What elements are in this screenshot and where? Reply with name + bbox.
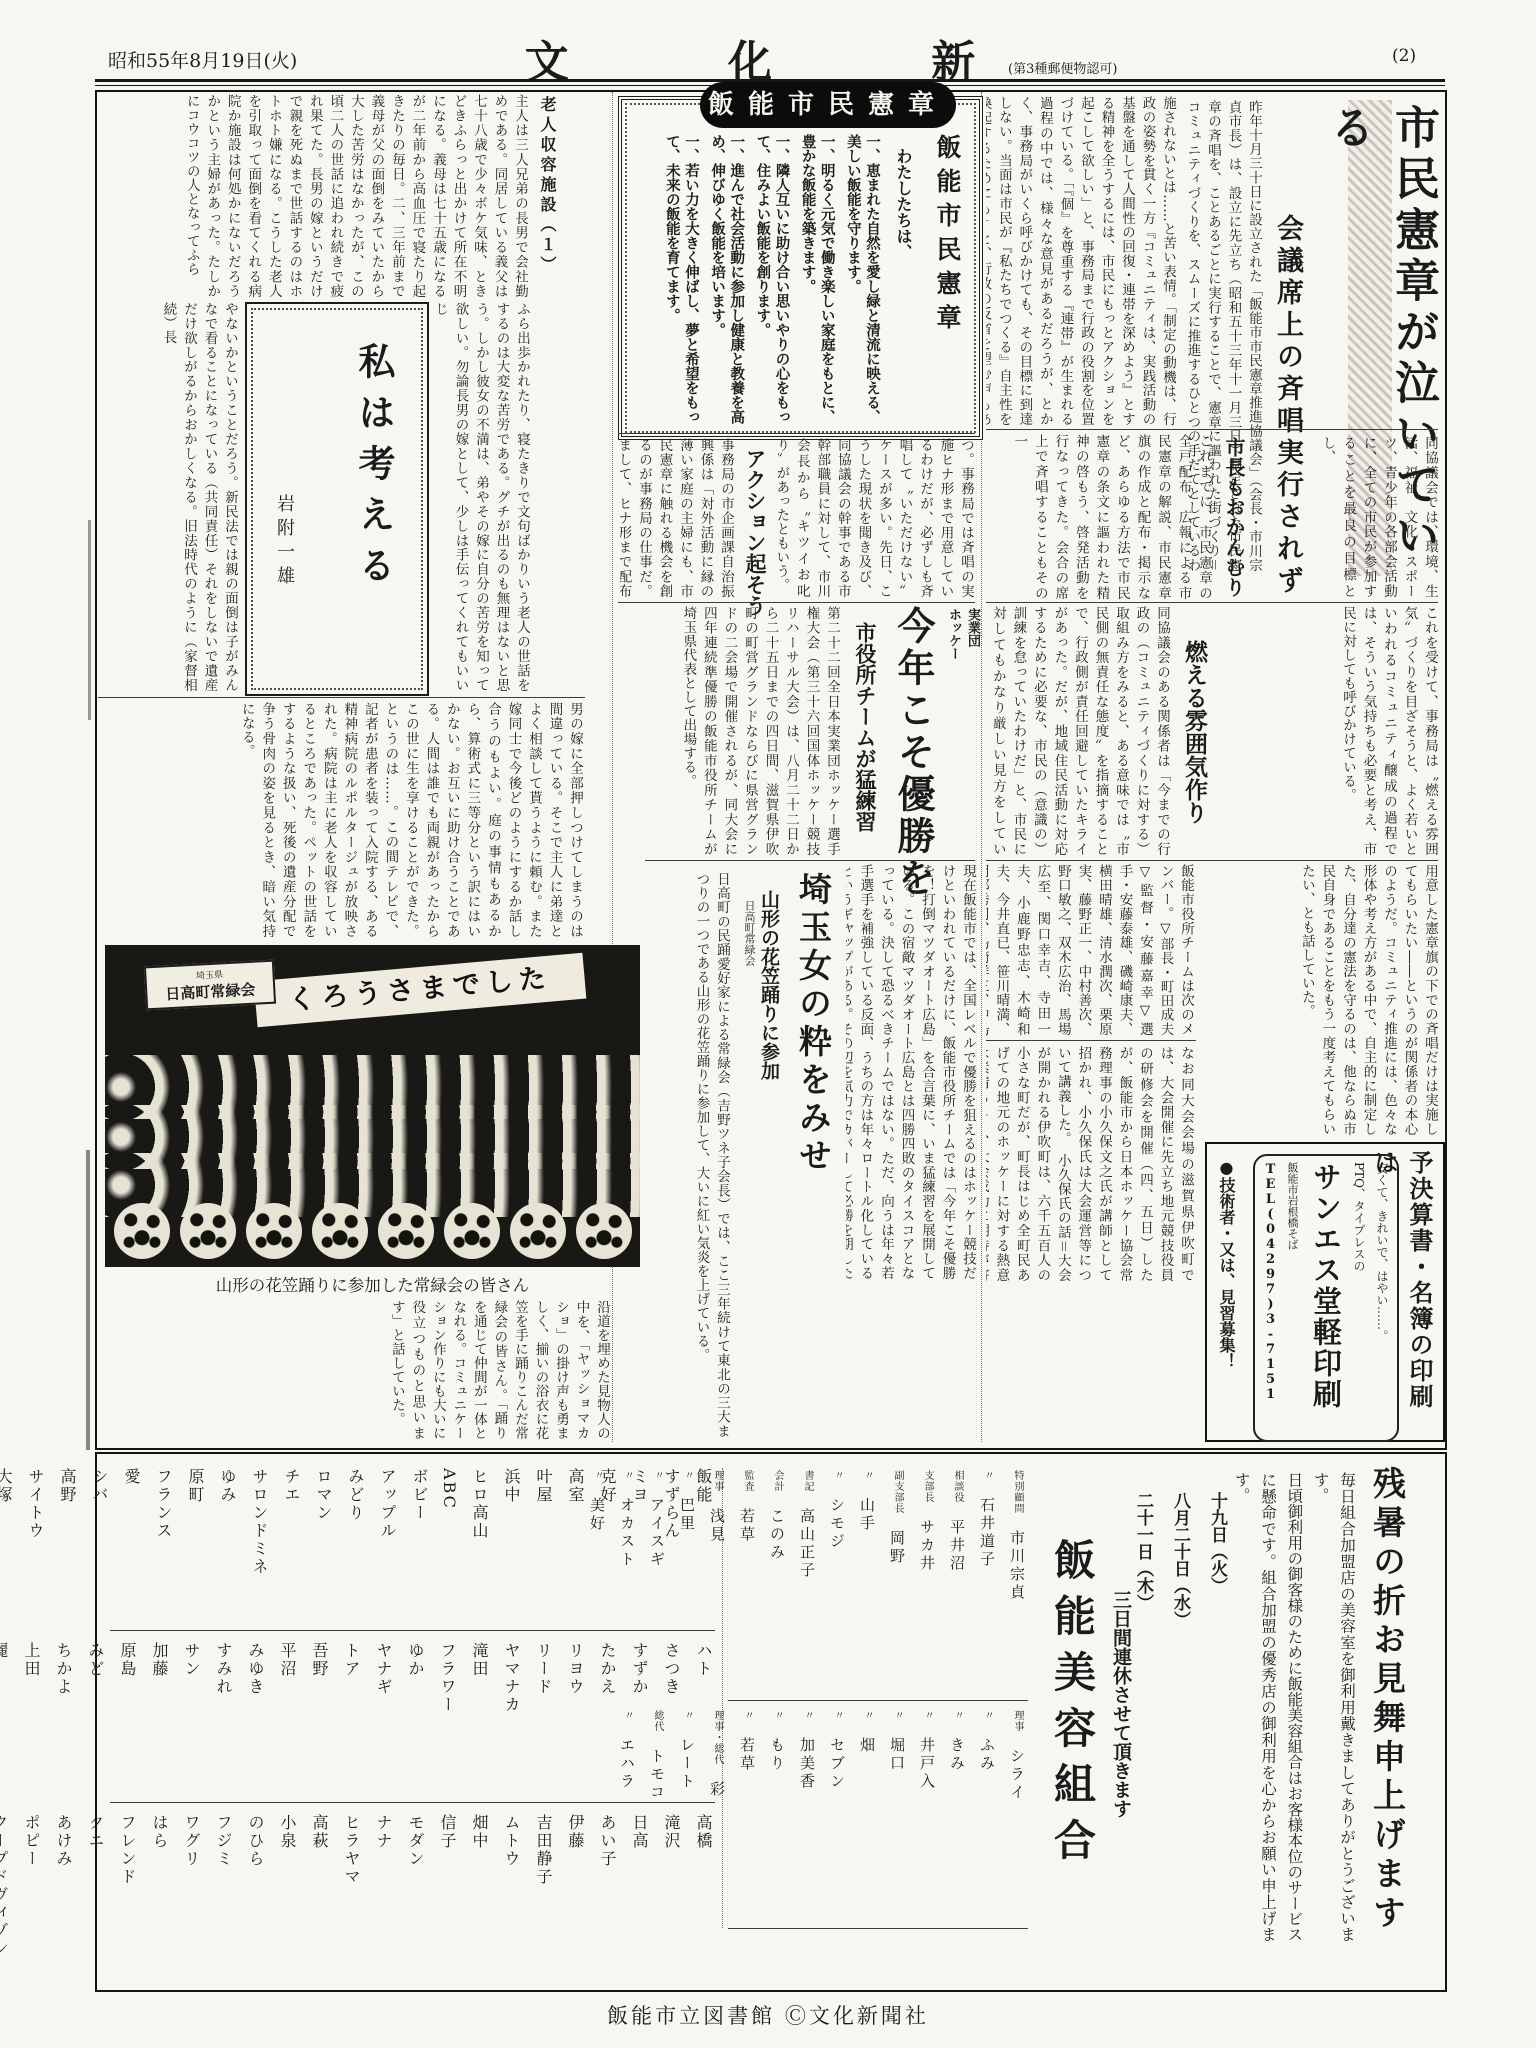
officer-entry: 支部長サカ井 <box>917 1470 938 1688</box>
officer-name: 平井沼 <box>948 1519 966 1573</box>
officer-name: 若草 <box>738 1737 756 1773</box>
hockey-tag-jitsugyodan: 実業団 <box>963 608 982 758</box>
salon-name: アップル <box>376 1468 399 1620</box>
page-number: (2) <box>1392 46 1416 66</box>
salon-name: 麗 <box>0 1642 11 1792</box>
officer-title: 〃 <box>832 1470 843 1481</box>
hockey-body1: 第二十二回全日本実業団ホッケー選手権大会（第三十六回国体ホッケー競技リハーサル大… <box>620 606 842 856</box>
salon-name: ムトウ <box>500 1814 523 1959</box>
hockey-tag-hockey: ホッケー <box>944 608 963 758</box>
salon-name: 信子 <box>436 1814 459 1959</box>
salon-name: リヨウ <box>564 1642 587 1792</box>
salon-name: ABC <box>440 1468 459 1620</box>
salon-name: 叶屋 <box>532 1468 555 1620</box>
officer-title: 〃 <box>862 1710 873 1721</box>
salon-name: ポピー <box>20 1814 43 1959</box>
charter-article: 一、恵まれた自然を愛し緑と清流に映える、美しい飯能を守ります。 <box>844 134 882 424</box>
essay-text2: ふら出歩かれたり、寝たきりで文句ばかりいう老人の世話をするのは大変な苦労である。… <box>432 302 532 692</box>
salon-name: ナナ <box>372 1814 395 1959</box>
salon-name: 滝沢 <box>660 1814 683 1959</box>
salon-name: フラワー <box>436 1642 459 1792</box>
photo-caption: 山形の花笠踊りに参加した常緑会の皆さん <box>105 1272 640 1296</box>
officer-entry: 〃セブン <box>827 1710 848 1922</box>
print-ad-recruit: ●技術者・又は、見習募集！ <box>1215 1158 1238 1428</box>
newspaper-page: 昭和55年8月19日(火) 文 化 新 聞 (第3種郵便物認可) (2) 市民憲… <box>0 0 1536 2048</box>
hockey-tags: 実業団 ホッケー <box>944 608 982 758</box>
salon-name: ゆか <box>404 1642 427 1792</box>
officer-entry: 〃若草 <box>737 1710 758 1922</box>
officer-name: きみ <box>948 1737 966 1773</box>
band-separator-2 <box>986 602 1438 603</box>
officer-title: 〃 <box>982 1710 993 1721</box>
charter-article: 一、若い力を大きく伸ばし、夢と希望をもって、未来の飯能を育てます。 <box>663 134 701 424</box>
salon-name: フジミ <box>212 1814 235 1959</box>
officer-title: 〃 <box>892 1710 903 1721</box>
salon-name: 愛 <box>120 1468 143 1620</box>
beauty-org-name: 飯能美容組合 <box>1042 1538 1102 1928</box>
essay-series-title: 老人収容施設（１） <box>536 96 559 358</box>
officer-name: 若草 <box>738 1508 756 1544</box>
officer-name: 石井道子 <box>978 1497 996 1569</box>
charter-intro: わたしたちは、 <box>892 134 915 424</box>
officer-name: 高山正子 <box>798 1508 816 1580</box>
salon-name: サイトウ <box>24 1468 47 1620</box>
essay-text1: 主人は三人兄弟の長男で会社勤めである。同居している義父は七十八歳で少々ボケ気味、… <box>98 94 530 298</box>
officer-entry: 〃畑 <box>857 1710 878 1922</box>
hanagasa-wheel <box>246 1203 302 1259</box>
salon-name: 吾野 <box>308 1642 331 1792</box>
salon-name: ヒロ高山 <box>468 1468 491 1620</box>
issue-date: 昭和55年8月19日(火) <box>108 46 297 73</box>
salon-rule-2 <box>110 1802 715 1803</box>
charter-box: 飯能市民憲章 わたしたちは、 一、恵まれた自然を愛し緑と清流に映える、美しい飯能… <box>618 96 983 440</box>
officer-entry: 〃ふみ <box>977 1710 998 1922</box>
hanagasa-continuation: 沿道を埋めた見物人の中を、「ヤッショマカショ」の掛け声も勇ましく、揃いの浴衣に花… <box>100 1300 612 1440</box>
officer-entry: 理事シライ <box>1007 1710 1028 1922</box>
charter-articles: 一、恵まれた自然を愛し緑と清流に映える、美しい飯能を守ります。一、明るく元気で働… <box>663 134 882 424</box>
salon-name: みどり <box>344 1468 367 1620</box>
salon-name: すずか <box>628 1642 651 1792</box>
salon-name: 滝田 <box>468 1642 491 1792</box>
mood-heading: 燃える雰囲気作り <box>1178 640 1211 870</box>
officer-title: 監査 <box>742 1470 753 1492</box>
band-separator-3 <box>986 860 1438 861</box>
officer-entry: 〃シモジ <box>827 1470 848 1688</box>
salon-name: 吉田静子 <box>532 1814 555 1959</box>
hockey-body2: 現在飯能市では、全国レベルで優勝を狙えるのはホッケー競技だけといわれているだけに… <box>846 864 978 1280</box>
article-band2: これまでに、市民憲章の全戸配布、広報による市民憲章の解説、市民憲章旗の作成と配布… <box>986 434 1214 600</box>
officer-title: 〃 <box>982 1470 993 1481</box>
print-ad-name: サンエス堂軽印刷 <box>1306 1162 1347 1434</box>
salon-name: 高室 <box>564 1468 587 1620</box>
salon-name: はら <box>148 1814 171 1959</box>
essay-text4: 男の嫁に全部押しつけてしまうのは間違っている。そこで主人に弟達とよく相談して貰う… <box>98 702 585 938</box>
officer-name: 堀口 <box>888 1737 906 1773</box>
hanagasa-wheel <box>444 1203 500 1259</box>
officer-entry: 〃加美香 <box>797 1710 818 1922</box>
main-subheadline2: 市長もおかんむり <box>1220 437 1249 597</box>
salon-name: みど <box>84 1642 107 1792</box>
salon-name: 高橋 <box>692 1814 715 1959</box>
officer-name: もり <box>768 1737 786 1773</box>
officer-entry: 特別顧問市川宗貞 <box>1007 1470 1028 1688</box>
officer-entry: 〃堀口 <box>887 1710 908 1922</box>
salon-name: ワグリ <box>180 1814 203 1959</box>
charter-article: 一、隣人互いに助け合い思いやりの心をもって、住みよい飯能を創ります。 <box>753 134 791 424</box>
article-band0: 施されないとは……と苦い表情。「制定の動機は、行政の姿勢を貫く一方『コミュニティ… <box>986 96 1178 426</box>
salon-name: トア <box>340 1642 363 1792</box>
salon-name: みゆき <box>244 1642 267 1792</box>
officer-entry: 〃井戸入 <box>917 1710 938 1922</box>
officers-bottom-rule <box>728 1928 1028 1929</box>
officer-name: ふみ <box>978 1737 996 1773</box>
salon-list-row1: 飯能すずらんミヨ克好高室叶屋浜中ヒロ高山ABCボビーアップルみどりロマンチエサロ… <box>110 1468 715 1620</box>
salon-name: ゆみ <box>216 1468 239 1620</box>
salon-name: すずらん <box>660 1468 683 1620</box>
officer-entry: 〃もり <box>767 1710 788 1922</box>
beauty-ad-body: 毎日組合加盟店の美容室を御利用戴きましてありがとうございます。 日頃御利用の御客… <box>1236 1472 1360 1942</box>
salon-name: ロマン <box>312 1468 335 1620</box>
essay-title-box: 私は考える 岩附一雄 <box>245 302 429 696</box>
officers-group1: 特別顧問市川宗貞 〃石井道子 相談役平井沼 支部長サカ井 副支部長岡野 〃山手 … <box>728 1470 1028 1688</box>
essay-separator <box>98 697 585 698</box>
salon-name: 日高 <box>628 1814 651 1959</box>
officer-title: 会計 <box>772 1470 783 1492</box>
salon-name: ミヨ <box>628 1468 651 1620</box>
salon-name: 伊藤 <box>564 1814 587 1959</box>
officer-name: 市川宗貞 <box>1008 1530 1026 1602</box>
officer-title: 〃 <box>862 1470 873 1481</box>
officer-title: 〃 <box>742 1710 753 1721</box>
officer-title: 特別顧問 <box>1012 1470 1023 1514</box>
band-separator-4 <box>986 1040 1196 1041</box>
salon-name: 平沼 <box>276 1642 299 1792</box>
charter-title: 飯能市民憲章 <box>929 134 965 424</box>
officer-name: セブン <box>828 1737 846 1791</box>
officer-title: 書記 <box>802 1470 813 1492</box>
salon-name: あけみ <box>52 1814 75 1959</box>
article-band4: 用意した憲章旗の下での斉唱だけは実施してもらいたい――というのが関係者の本心のよ… <box>1240 864 1440 1136</box>
salon-name: たかえ <box>596 1642 619 1792</box>
scan-fold-mark <box>88 520 91 720</box>
hanagasa-wheel <box>114 1203 170 1259</box>
officers-group2: 理事シライ 〃ふみ 〃きみ 〃井戸入 〃堀口 〃畑 〃セブン 〃加美香 〃もり … <box>728 1710 1028 1922</box>
scan-fold-mark <box>86 1150 90 1450</box>
beauty-ad-closure: 三日間連休させて頂きます <box>1108 1590 1135 1970</box>
officer-title: 理事 <box>1012 1710 1023 1732</box>
charter-article: 一、進んで社会活動に参加し健康と教養を高め、伸びゆく飯能を培います。 <box>708 134 746 424</box>
mood-body: これを受けて、事務局は〝燃える雰囲気〟づくりを目ざそうと、よく若いといわれるコミ… <box>1240 606 1440 856</box>
essay-title: 私は考える <box>347 342 401 672</box>
officer-name: シモジ <box>828 1497 846 1551</box>
salon-name: リード <box>532 1642 555 1792</box>
officer-name: サカ井 <box>918 1519 936 1573</box>
salon-rule-1 <box>110 1630 715 1631</box>
salon-name: すみれ <box>212 1642 235 1792</box>
salon-name: さつき <box>660 1642 683 1792</box>
officer-title: 〃 <box>832 1710 843 1721</box>
salon-name: 原島 <box>116 1642 139 1792</box>
officer-name: 加美香 <box>798 1737 816 1791</box>
print-ad-line2: 安くて、きれいで、はやい……。 <box>1374 1162 1391 1434</box>
essay-author: 岩附一雄 <box>271 494 297 674</box>
article-band3: 同協議会のある関係者は「今までの行政の（コミュニティづくりに対する）取組み方をみ… <box>986 606 1172 856</box>
salon-name: サン <box>180 1642 203 1792</box>
salon-name: あい子 <box>596 1814 619 1959</box>
officer-title: 〃 <box>952 1710 963 1721</box>
officer-title: 〃 <box>802 1710 813 1721</box>
officer-title: 支部長 <box>922 1470 933 1503</box>
salon-name: フレンド <box>116 1814 139 1959</box>
salon-name: ちかよ <box>52 1642 75 1792</box>
photo-banner: くろうさまでした <box>254 953 587 1028</box>
charter-content: 飯能市民憲章 わたしたちは、 一、恵まれた自然を愛し緑と清流に映える、美しい飯能… <box>652 130 969 428</box>
salon-name: サロンドミネ <box>248 1468 271 1620</box>
hanagasa-wheel <box>312 1203 368 1259</box>
beauty-ad-body1: 毎日組合加盟店の美容室を御利用戴きましてありがとうございます。 <box>1307 1472 1360 1942</box>
salon-list-row2: ハトさつきすずかたかえリヨウリードヤマナカ滝田フラワーゆかヤナギトア吾野平沼みゆ… <box>110 1642 715 1792</box>
salon-name: 浜中 <box>500 1468 523 1620</box>
salon-name: クニ <box>84 1814 107 1959</box>
officer-title: 〃 <box>922 1710 933 1721</box>
date-list: 十九日（火）八月二十日（水）二十一日（木） <box>1131 1492 1230 1932</box>
salon-name: ハト <box>692 1642 715 1792</box>
officer-title: 副支部長 <box>892 1470 903 1514</box>
salon-name: チエ <box>280 1468 303 1620</box>
footer-credit: 飯能市立図書館 Ⓒ文化新聞社 <box>0 2000 1536 2030</box>
salon-name: ヒラヤマ <box>340 1814 363 1959</box>
closure-date: 八月二十日（水） <box>1168 1492 1193 1932</box>
salon-name: 原町 <box>184 1468 207 1620</box>
charter-article: 一、明るく元気で働き楽しい家庭をもとに、豊かな飯能を築きます。 <box>799 134 837 424</box>
officer-entry: 書記高山正子 <box>797 1470 818 1688</box>
news-photo: くろうさまでした 埼玉県 日高町常緑会 <box>105 945 640 1267</box>
salon-list-row3: 高橋滝沢日高あい子伊藤吉田静子ムトウ畑中信子モダンナナヒラヤマ高萩小泉のひらフジ… <box>110 1814 715 1959</box>
print-ad-inner: 安くて、きれいで、はやい……。 PTQ、タイプレスの サンエス堂軽印刷 飯能市岩… <box>1253 1154 1399 1442</box>
article-band1b: 同協議会では、環境、生活、福祉、文化・スポーツ、青少年の各部会活動に、全ての市民… <box>1248 436 1440 598</box>
salon-name: 上田 <box>20 1642 43 1792</box>
hanagasa-tag: 日高町常緑会 <box>741 900 757 1030</box>
hanagasa-headline: 埼玉女の粋をみせ <box>790 872 837 1272</box>
officer-entry: 会計このみ <box>767 1470 788 1688</box>
officer-title: 〃 <box>772 1710 783 1721</box>
beauty-ad-headline: 残暑の折お見舞申上げます <box>1364 1466 1411 1971</box>
action-body: 事務局の市企画課自治振興係は「対外活動に縁の薄い家庭の主婦にも、市民憲章に触れる… <box>620 438 736 598</box>
print-ad-box: 予決算書・名簿の印刷は 安くて、きれいで、はやい……。 PTQ、タイプレスの サ… <box>1205 1142 1445 1442</box>
officer-name: シライ <box>1008 1748 1026 1802</box>
officers-separator <box>728 1700 1028 1701</box>
officer-entry: 副支部長岡野 <box>887 1470 908 1688</box>
essay-text3: やないかということだろう。新民法では親の面倒は子がみんなで看ることになっている（… <box>98 302 240 692</box>
salon-name: ボビー <box>408 1468 431 1620</box>
salon-name: のひら <box>244 1814 267 1959</box>
salon-name: 飯能 <box>692 1468 715 1620</box>
officer-name: このみ <box>768 1508 786 1562</box>
salon-name: ヤマナカ <box>500 1642 523 1792</box>
band-separator-1 <box>986 429 1438 430</box>
officer-name: 山手 <box>858 1497 876 1533</box>
salon-name: ヤナギ <box>372 1642 395 1792</box>
beauty-ad-body2: 日頃御利用の御客様のために飯能美容組合はお客様本位のサービスに懸命です。組合加盟… <box>1228 1472 1307 1942</box>
salon-name: 畑中 <box>468 1814 491 1959</box>
officer-name: 岡野 <box>888 1530 906 1566</box>
salon-name: 加藤 <box>148 1642 171 1792</box>
center-separator-1 <box>618 433 975 434</box>
hockey-kokubo: なお同大会会場の滋賀県伊吹町では、大会開催に先立ち地元競技役員の研修会を開催（四… <box>986 1046 1196 1282</box>
hanagasa-subheadline: 山形の花笠踊りに参加 <box>756 890 783 1260</box>
officer-entry: 相談役平井沼 <box>947 1470 968 1688</box>
beauty-ad-dates: 十九日（火）八月二十日（水）二十一日（木） <box>1126 1492 1230 1932</box>
salon-name: 克好 <box>596 1468 619 1620</box>
officer-title: 相談役 <box>952 1470 963 1503</box>
hanagasa-wheel <box>180 1203 236 1259</box>
salon-name: シバ <box>88 1468 111 1620</box>
salon-name: 高萩 <box>308 1814 331 1959</box>
officer-name: 畑 <box>858 1737 876 1755</box>
hanagasa-wheel <box>378 1203 434 1259</box>
center-separator-2 <box>618 602 975 603</box>
salon-name: クープドヴィゾン <box>0 1814 11 1959</box>
officer-entry: 〃石井道子 <box>977 1470 998 1688</box>
closure-date: 十九日（火） <box>1205 1492 1230 1932</box>
mail-certification: (第3種郵便物認可) <box>1008 58 1117 77</box>
hockey-roster: 飯能市役所チームは次のメンバー。▽部長・町田成夫▽監督・安藤嘉幸▽選手・安藤泰雄… <box>986 864 1196 1036</box>
salon-name: 高野 <box>56 1468 79 1620</box>
salon-name: モダン <box>404 1814 427 1959</box>
salon-name: フランス <box>152 1468 175 1620</box>
officer-entry: 〃きみ <box>947 1710 968 1922</box>
print-ad-line3: PTQ、タイプレスの <box>1351 1162 1368 1434</box>
article-cont-main: つ。事務局では斉唱の実施ヒナ形まで用意しているわけだが、必ずしも斉唱して〝いただ… <box>778 438 976 598</box>
hanagasa-wheel <box>510 1203 566 1259</box>
charter-banner: 飯能市民憲章 <box>700 82 956 128</box>
salon-name: 小泉 <box>276 1814 299 1959</box>
officer-entry: 監査若草 <box>737 1470 758 1688</box>
action-heading: アクション起そう <box>740 448 770 628</box>
salon-name: 大塚 <box>0 1468 15 1620</box>
officer-name: 井戸入 <box>918 1737 936 1791</box>
hanagasa-wheel <box>576 1203 632 1259</box>
photo-hanagasa-row <box>105 1203 640 1259</box>
officer-entry: 〃山手 <box>857 1470 878 1688</box>
print-ad-tel: TEL(04297)3-7151 <box>1263 1162 1278 1434</box>
print-ad-addr: 飯能市岩根橋そば <box>1284 1162 1300 1434</box>
photo-sign: 埼玉県 日高町常緑会 <box>144 960 276 1011</box>
center-separator-3 <box>645 860 975 861</box>
